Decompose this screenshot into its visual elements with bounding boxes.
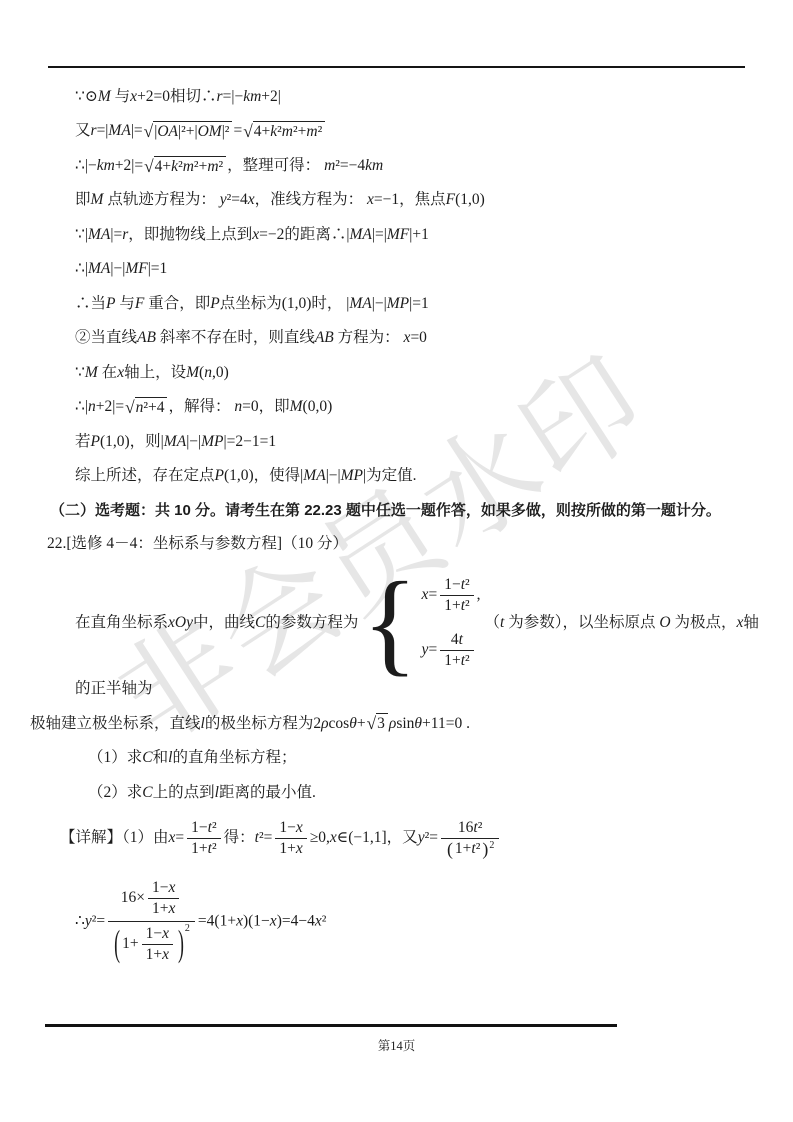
text-run: |为定值.: [363, 467, 416, 484]
math-variable: C: [142, 749, 152, 766]
math-variable: MA: [303, 467, 325, 484]
text-run: 1−: [444, 575, 461, 595]
text-run: =: [233, 122, 242, 139]
text-run: 又: [75, 122, 91, 139]
conclusion-fixed-point: 综上所述，存在定点P(1,0)，使得|MA|−|MP|为定值.: [75, 465, 763, 487]
text-run: 4+: [155, 157, 172, 177]
fraction: 1−t²1+t²: [187, 818, 220, 859]
math-variable: y: [85, 912, 92, 929]
text-run: 与: [115, 295, 134, 312]
text-run: ²+4: [143, 398, 164, 418]
verify-p10: 若P(1,0)，则|MA|−|MP|=2−1=1: [75, 431, 763, 453]
text-run: )(1−: [243, 912, 270, 929]
text-run: ²=4: [227, 191, 248, 208]
text-run: (0,0): [303, 398, 333, 415]
text-run: 重合，即: [144, 295, 210, 312]
math-variable: k: [270, 122, 277, 142]
math-variable: MP: [341, 467, 363, 484]
text-run: 1+: [279, 839, 296, 859]
trajectory-equation: 即M 点轨迹方程为： y²=4x，准线方程为： x=−1，焦点F(1,0): [75, 189, 763, 211]
fraction: 1−t²1+t²: [440, 575, 473, 616]
text-run: ²=: [92, 912, 105, 929]
text-run: 22.[选修 4－4：坐标系与参数方程]（10 分）: [47, 535, 348, 552]
text-run: ²: [318, 122, 323, 142]
text-run: 在: [98, 364, 117, 381]
math-variable: x: [248, 191, 255, 208]
text-run: ²=: [425, 829, 438, 846]
text-run: (1,0): [455, 191, 485, 208]
solution-part1-derivation: 【详解】（1）由x=1−t²1+t²得：t²=1−x1+x≥0,x∈(−1,1]…: [60, 816, 763, 861]
text-run: 1+: [122, 934, 139, 954]
math-variable: MA: [88, 226, 110, 243]
text-run: ∴当: [75, 295, 106, 312]
text-run: +2|=: [115, 157, 143, 174]
math-variable: OM: [198, 122, 222, 142]
text-run: |=1: [148, 260, 168, 277]
text-run: ²=−4: [335, 157, 365, 174]
text-run: +2|=: [96, 398, 124, 415]
text-run: ²: [212, 839, 217, 859]
text-run: 即: [75, 191, 91, 208]
text-run: (1,0)，则|: [100, 433, 164, 450]
text-run: 1+: [455, 839, 472, 859]
text-run: ∵: [75, 364, 85, 381]
math-variable: M: [98, 88, 111, 105]
math-variable: m: [324, 157, 335, 174]
text-run: 1−: [279, 818, 296, 838]
text-run: |=: [131, 122, 143, 139]
text-run: =: [428, 641, 437, 658]
text-run: 若: [75, 433, 91, 450]
text-run: 轴上，设: [124, 364, 186, 381]
math-variable: C: [255, 614, 265, 631]
footer-divider-line: [45, 1024, 617, 1027]
text-run: 与: [111, 88, 130, 105]
text-run: cos: [329, 715, 350, 732]
text-run: ∴|: [75, 398, 88, 415]
question-22-title: 22.[选修 4－4：坐标系与参数方程]（10 分）: [47, 533, 793, 555]
math-variable: MF: [125, 260, 147, 277]
page-number: 第14页: [378, 1039, 416, 1053]
text-run: |−|: [326, 467, 341, 484]
proof-tangent-condition: ∵⊙M 与x+2=0相切∴r=|−km+2|: [75, 86, 763, 108]
math-variable: xOy: [168, 614, 193, 631]
text-run: （二）选考题：共 10 分。请考生在第 22.23 题中任选一题作答，如果多做，…: [50, 502, 721, 519]
text-run: 1+: [444, 596, 461, 616]
math-variable: x: [296, 818, 303, 838]
text-run: 极轴建立极坐标系，直线: [30, 715, 201, 732]
text-run: （: [485, 614, 501, 631]
math-variable: P: [91, 433, 100, 450]
math-variable: x: [162, 945, 169, 965]
math-variable: M: [290, 398, 303, 415]
text-run: )=4−4: [277, 912, 315, 929]
text-run: 的参数方程为: [265, 614, 358, 631]
m-on-x-axis: ∵M 在x轴上，设M(n,0): [75, 362, 763, 384]
text-run: 为参数），以坐标原点: [504, 614, 659, 631]
math-variable: θ: [414, 715, 422, 732]
proof-radius-expression: 又r=|MA|=√|OA|²+|OM|²=√4+k²m²+m²: [75, 120, 763, 142]
text-run: ,: [477, 586, 481, 603]
text-run: ,0): [212, 364, 229, 381]
math-variable: M: [85, 364, 98, 381]
text-run: ²: [212, 818, 217, 838]
text-run: |=1: [409, 295, 429, 312]
fraction: 1−x1+x: [148, 878, 179, 919]
text-run: =−1，焦点: [374, 191, 446, 208]
math-variable: n: [234, 398, 242, 415]
math-variable: n: [136, 398, 144, 418]
math-variable: M: [91, 191, 104, 208]
math-variable: km: [365, 157, 383, 174]
question-22-polar-line: 极轴建立极坐标系，直线l的极坐标方程为2ρcosθ+√3ρsinθ+11=0 .: [30, 713, 793, 735]
math-variable: F: [135, 295, 144, 312]
text-run: ²: [476, 839, 481, 859]
math-variable: y: [220, 191, 227, 208]
text-run: sin: [396, 715, 414, 732]
text-run: ²+: [293, 122, 306, 142]
ma-mf-relation: ∴|MA|−|MF|=1: [75, 258, 763, 280]
square-root: √|OA|²+|OM|²: [144, 121, 233, 143]
text-run: ²: [465, 651, 470, 671]
text-run: 斜率不存在时，则直线: [156, 329, 315, 346]
square-root: √4+k²m²+m²: [144, 156, 226, 178]
text-run: ∈(−1,1]，又: [337, 829, 418, 846]
text-run: ，准线方程为：: [255, 191, 367, 208]
math-variable: F: [446, 191, 455, 208]
math-variable: x: [236, 912, 243, 929]
math-variable: x: [270, 912, 277, 929]
p-coincides-f: ∴当P 与F 重合，即P点坐标为(1,0)时， |MA|−|MP|=1: [75, 293, 763, 315]
text-run: |+1: [409, 226, 429, 243]
question-22-part2: （2）求C上的点到l距离的最小值.: [88, 782, 793, 804]
text-run: 3: [377, 714, 385, 734]
parabola-distance-relation: ∵|MA|=r，即抛物线上点到x=−2的距离∴|MA|=|MF|+1: [75, 224, 763, 246]
text-run: 【详解】（1）由: [60, 829, 169, 846]
text-run: (1,0)，使得|: [224, 467, 303, 484]
text-run: ²: [465, 575, 470, 595]
parenthesized-group: (1+t²)2: [446, 839, 494, 859]
text-run: 为极点，: [671, 614, 737, 631]
text-run: ²: [219, 157, 224, 177]
text-run: ②当直线: [75, 329, 137, 346]
equation-system: {x=1−t²1+t²,y=4t1+t²: [362, 568, 480, 679]
text-run: 16: [458, 818, 474, 838]
text-run: =0: [410, 329, 427, 346]
parenthesized-group: (1+1−x1+x)2: [113, 922, 190, 967]
text-run: +2=0相切∴: [137, 88, 216, 105]
text-run: |−|: [110, 260, 125, 277]
text-run: 方程为：: [334, 329, 404, 346]
math-variable: C: [142, 784, 152, 801]
fraction: 1−x1+x: [275, 818, 306, 859]
text-run: 点坐标为(1,0)时， |: [220, 295, 350, 312]
text-run: |=: [110, 226, 122, 243]
text-run: 综上所述，存在定点: [75, 467, 215, 484]
math-variable: x: [367, 191, 374, 208]
text-run: +2|: [261, 88, 281, 105]
proof-simplified-relation: ∴|−km+2|=√4+k²m²+m²，整理可得： m²=−4km: [75, 155, 763, 177]
text-run: ∴: [75, 912, 85, 929]
text-run: ∵|: [75, 226, 88, 243]
math-variable: MA: [350, 226, 372, 243]
text-run: 1+: [444, 651, 461, 671]
math-variable: AB: [315, 329, 334, 346]
math-variable: k: [171, 157, 178, 177]
math-variable: x: [162, 924, 169, 944]
page-footer: 第14页: [0, 1036, 793, 1054]
solve-n: ∴|n+2|=√n²+4，解得： n=0，即M(0,0): [75, 396, 763, 418]
math-variable: MA: [164, 433, 186, 450]
text-run: ≥0,: [310, 829, 330, 846]
text-run: =|−: [223, 88, 244, 105]
text-run: =: [428, 586, 437, 603]
text-run: |²: [222, 122, 230, 142]
math-variable: ρ: [321, 715, 328, 732]
math-variable: y: [418, 829, 425, 846]
math-variable: MP: [387, 295, 409, 312]
text-run: ∵⊙: [75, 88, 98, 105]
math-variable: x: [168, 878, 175, 898]
math-variable: MF: [387, 226, 409, 243]
math-variable: m: [282, 122, 293, 142]
text-run: =4(1+: [198, 912, 236, 929]
math-variable: m: [306, 122, 317, 142]
text-run: ∴|−: [75, 157, 97, 174]
text-run: ，即抛物线上点到: [128, 226, 252, 243]
fraction: 16t²(1+t²)2: [441, 818, 499, 859]
text-run: 上的点到: [153, 784, 215, 801]
text-run: 1−: [152, 878, 169, 898]
text-run: 1+: [191, 839, 208, 859]
question-22-parametric-setup: 在直角坐标系xOy中，曲线C的参数方程为{x=1−t²1+t²,y=4t1+t²…: [75, 568, 763, 701]
text-run: ²=: [259, 829, 272, 846]
text-run: ²+: [194, 157, 207, 177]
text-run: |−|: [186, 433, 201, 450]
text-run: （2）求: [88, 784, 142, 801]
text-run: |−|: [372, 295, 387, 312]
text-run: ²: [465, 596, 470, 616]
math-variable: OA: [157, 122, 178, 142]
math-variable: m: [183, 157, 194, 177]
math-variable: km: [97, 157, 115, 174]
square-root: √n²+4: [125, 397, 167, 419]
math-variable: MA: [88, 260, 110, 277]
math-variable: km: [243, 88, 261, 105]
document-body: ∵⊙M 与x+2=0相切∴r=|−km+2|又r=|MA|=√|OA|²+|OM…: [0, 86, 793, 981]
header-divider-line: [48, 66, 745, 68]
text-run: 1−: [146, 924, 163, 944]
text-run: |²+|: [178, 122, 198, 142]
text-run: 4: [451, 630, 459, 650]
document-page: 非会员水印 ∵⊙M 与x+2=0相切∴r=|−km+2|又r=|MA|=√|OA…: [0, 0, 793, 1122]
math-variable: m: [207, 157, 218, 177]
text-run: 4+: [254, 122, 271, 142]
text-run: 1+: [146, 945, 163, 965]
text-run: =0，即: [242, 398, 290, 415]
text-run: =−2的距离∴|: [259, 226, 349, 243]
fraction: 4t1+t²: [440, 630, 473, 671]
text-run: 和: [153, 749, 169, 766]
text-run: 1+: [152, 899, 169, 919]
text-run: |=2−1=1: [224, 433, 277, 450]
question-22-part1: （1）求C和l的直角坐标方程；: [88, 747, 793, 769]
text-run: =|: [97, 122, 109, 139]
text-run: |=|: [372, 226, 387, 243]
text-run: 点轨迹方程为：: [103, 191, 219, 208]
math-variable: n: [204, 364, 212, 381]
text-run: 得：: [224, 829, 255, 846]
text-run: 的直角坐标方程；: [172, 749, 296, 766]
text-run: 1−: [191, 818, 208, 838]
text-run: 中，曲线: [193, 614, 255, 631]
text-run: 的极坐标方程为2: [205, 715, 321, 732]
math-variable: M: [186, 364, 199, 381]
square-root: √3: [367, 713, 388, 735]
text-run: ，整理可得：: [227, 157, 324, 174]
math-variable: t: [459, 630, 463, 650]
solution-y-squared-result: ∴y²=16×1−x1+x(1+1−x1+x)2=4(1+x)(1−x)=4−4…: [75, 874, 763, 970]
math-variable: MA: [349, 295, 371, 312]
text-run: ²: [322, 912, 327, 929]
square-root: √4+k²m²+m²: [243, 121, 325, 143]
math-variable: n: [88, 398, 96, 415]
math-variable: x: [296, 839, 303, 859]
math-variable: x: [168, 899, 175, 919]
case2-vertical-line: ②当直线AB 斜率不存在时，则直线AB 方程为： x=0: [75, 327, 763, 349]
math-variable: O: [659, 614, 670, 631]
math-variable: x: [330, 829, 337, 846]
text-run: +: [357, 715, 366, 732]
math-variable: x: [315, 912, 322, 929]
math-variable: P: [210, 295, 219, 312]
text-run: 在直角坐标系: [75, 614, 168, 631]
text-run: ∴|: [75, 260, 88, 277]
text-run: 16×: [121, 888, 145, 908]
text-run: +11=0 .: [422, 715, 470, 732]
math-variable: θ: [349, 715, 357, 732]
math-variable: AB: [137, 329, 156, 346]
text-run: ²: [478, 818, 483, 838]
section-header-optional-questions: （二）选考题：共 10 分。请考生在第 22.23 题中任选一题作答，如果多做，…: [50, 500, 773, 522]
text-run: （1）求: [88, 749, 142, 766]
math-variable: MP: [201, 433, 223, 450]
text-run: =: [175, 829, 184, 846]
fraction: 16×1−x1+x(1+1−x1+x)2: [108, 876, 195, 968]
text-run: ，解得：: [168, 398, 234, 415]
text-run: 距离的最小值.: [219, 784, 316, 801]
math-variable: MA: [108, 122, 130, 139]
math-variable: P: [215, 467, 224, 484]
fraction: 1−x1+x: [142, 924, 173, 965]
